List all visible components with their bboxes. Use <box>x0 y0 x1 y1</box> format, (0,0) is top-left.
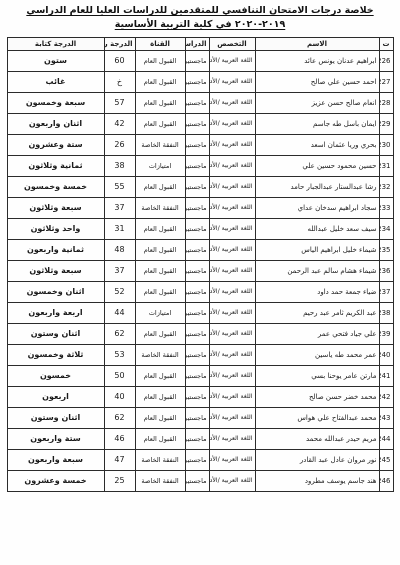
cell-degree: ماجستير <box>185 218 209 239</box>
cell-specialization: اللغة العربية /الأدب <box>209 176 255 197</box>
header-name: الاسم <box>255 37 379 50</box>
cell-score: 42 <box>104 113 135 134</box>
cell-channel: النفقة الخاصة <box>135 449 185 470</box>
cell-channel: القبول العام <box>135 50 185 71</box>
results-table-body: 226ابراهيم عدنان يونس عائداللغة العربية … <box>7 50 393 491</box>
cell-degree: ماجستير <box>185 428 209 449</box>
table-row: 235شيماء خليل ابراهيم الياساللغة العربية… <box>7 239 393 260</box>
cell-score_text: سبعة وخمسون <box>7 92 104 113</box>
cell-channel: النفقة الخاصة <box>135 134 185 155</box>
table-row: 242محمد خضر حسن صالحاللغة العربية /الأدب… <box>7 386 393 407</box>
cell-channel: القبول العام <box>135 113 185 134</box>
cell-no: 229 <box>379 113 393 134</box>
cell-name: حسين محمود حسين علي <box>255 155 379 176</box>
cell-score_text: ستون <box>7 50 104 71</box>
cell-score: 26 <box>104 134 135 155</box>
cell-degree: ماجستير <box>185 260 209 281</box>
cell-specialization: اللغة العربية /الأدب <box>209 260 255 281</box>
cell-score: 62 <box>104 407 135 428</box>
cell-name: نور مروان عادل عبد القادر <box>255 449 379 470</box>
cell-score_text: اثنان واربعون <box>7 113 104 134</box>
cell-specialization: اللغة العربية /الأدب <box>209 50 255 71</box>
cell-no: 238 <box>379 302 393 323</box>
cell-name: عبد الكريم ثامر عبد رحيم <box>255 302 379 323</box>
cell-channel: القبول العام <box>135 428 185 449</box>
cell-score_text: اربعون <box>7 386 104 407</box>
cell-score_text: ثلاثة وخمسون <box>7 344 104 365</box>
cell-no: 246 <box>379 470 393 491</box>
cell-name: بحري وريا عثمان اسعد <box>255 134 379 155</box>
cell-specialization: اللغة العربية /الأدب <box>209 155 255 176</box>
cell-score: 47 <box>104 449 135 470</box>
cell-no: 240 <box>379 344 393 365</box>
table-row: 244مريم حيدر عبدالله محمداللغة العربية /… <box>7 428 393 449</box>
table-row: 226ابراهيم عدنان يونس عائداللغة العربية … <box>7 50 393 71</box>
cell-degree: ماجستير <box>185 113 209 134</box>
document-page: خلاصة درجات الامتحان التنافسي للمتقدمين … <box>0 0 400 565</box>
cell-no: 242 <box>379 386 393 407</box>
cell-no: 244 <box>379 428 393 449</box>
header-specialization: التخصص <box>209 37 255 50</box>
cell-degree: ماجستير <box>185 176 209 197</box>
cell-no: 230 <box>379 134 393 155</box>
cell-score: 31 <box>104 218 135 239</box>
cell-score_text: اربعة واربعون <box>7 302 104 323</box>
cell-specialization: اللغة العربية /الأدب <box>209 92 255 113</box>
cell-degree: ماجستير <box>185 155 209 176</box>
cell-specialization: اللغة العربية /الأدب <box>209 281 255 302</box>
cell-name: هند جاسم يوسف مطرود <box>255 470 379 491</box>
cell-channel: القبول العام <box>135 92 185 113</box>
cell-name: ضياء جمعة حمد داود <box>255 281 379 302</box>
cell-score: خ <box>104 71 135 92</box>
cell-degree: ماجستير <box>185 134 209 155</box>
cell-degree: ماجستير <box>185 92 209 113</box>
cell-specialization: اللغة العربية /الأدب <box>209 386 255 407</box>
cell-specialization: اللغة العربية /الأدب <box>209 323 255 344</box>
table-row: 238عبد الكريم ثامر عبد رحيماللغة العربية… <box>7 302 393 323</box>
header-channel: القناة <box>135 37 185 50</box>
cell-specialization: اللغة العربية /الأدب <box>209 113 255 134</box>
cell-channel: القبول العام <box>135 176 185 197</box>
cell-specialization: اللغة العربية /الأدب <box>209 218 255 239</box>
cell-channel: القبول العام <box>135 365 185 386</box>
cell-channel: النفقة الخاصة <box>135 344 185 365</box>
table-row: 231حسين محمود حسين علياللغة العربية /الأ… <box>7 155 393 176</box>
cell-no: 236 <box>379 260 393 281</box>
cell-score: 48 <box>104 239 135 260</box>
cell-no: 228 <box>379 92 393 113</box>
cell-score_text: خمسة وعشرون <box>7 470 104 491</box>
cell-degree: ماجستير <box>185 344 209 365</box>
cell-degree: ماجستير <box>185 71 209 92</box>
cell-degree: ماجستير <box>185 323 209 344</box>
table-row: 236شيماء هشام سالم عبد الرحمناللغة العرب… <box>7 260 393 281</box>
cell-degree: ماجستير <box>185 449 209 470</box>
cell-degree: ماجستير <box>185 470 209 491</box>
table-row: 240عمر محمد طه ياسيناللغة العربية /الأدب… <box>7 344 393 365</box>
cell-degree: ماجستير <box>185 386 209 407</box>
cell-score: 52 <box>104 281 135 302</box>
cell-specialization: اللغة العربية /الأدب <box>209 134 255 155</box>
cell-no: 233 <box>379 197 393 218</box>
cell-name: مريم حيدر عبدالله محمد <box>255 428 379 449</box>
cell-name: شيماء هشام سالم عبد الرحمن <box>255 260 379 281</box>
table-row: 243محمد عبدالفتاح علي هواساللغة العربية … <box>7 407 393 428</box>
cell-channel: القبول العام <box>135 218 185 239</box>
cell-channel: امتيازات <box>135 155 185 176</box>
cell-no: 234 <box>379 218 393 239</box>
cell-no: 239 <box>379 323 393 344</box>
cell-specialization: اللغة العربية /الأدب <box>209 197 255 218</box>
cell-degree: ماجستير <box>185 239 209 260</box>
cell-name: محمد عبدالفتاح علي هواس <box>255 407 379 428</box>
cell-no: 235 <box>379 239 393 260</box>
cell-channel: القبول العام <box>135 407 185 428</box>
cell-no: 231 <box>379 155 393 176</box>
cell-channel: امتيازات <box>135 302 185 323</box>
cell-no: 227 <box>379 71 393 92</box>
header-no: ت <box>379 37 393 50</box>
table-row: 227احمد حسين علي صالحاللغة العربية /الأد… <box>7 71 393 92</box>
cell-no: 232 <box>379 176 393 197</box>
cell-score: 25 <box>104 470 135 491</box>
cell-no: 237 <box>379 281 393 302</box>
cell-score: 55 <box>104 176 135 197</box>
cell-channel: النفقة الخاصة <box>135 197 185 218</box>
cell-name: سجاد ابراهيم سدخان عداي <box>255 197 379 218</box>
table-row: 237ضياء جمعة حمد داوداللغة العربية /الأد… <box>7 281 393 302</box>
cell-specialization: اللغة العربية /الأدب <box>209 365 255 386</box>
cell-score_text: ثمانية واربعون <box>7 239 104 260</box>
cell-no: 243 <box>379 407 393 428</box>
cell-score: 53 <box>104 344 135 365</box>
table-row: 245نور مروان عادل عبد القادراللغة العربي… <box>7 449 393 470</box>
table-row: 229ايمان باسل طه جاسماللغة العربية /الأد… <box>7 113 393 134</box>
cell-specialization: اللغة العربية /الأدب <box>209 449 255 470</box>
cell-score: 62 <box>104 323 135 344</box>
cell-specialization: اللغة العربية /الأدب <box>209 71 255 92</box>
table-row: 234سيف سعد خليل عبداللهاللغة العربية /ال… <box>7 218 393 239</box>
cell-specialization: اللغة العربية /الأدب <box>209 239 255 260</box>
cell-name: ابراهيم عدنان يونس عائد <box>255 50 379 71</box>
cell-channel: النفقة الخاصة <box>135 470 185 491</box>
cell-score: 37 <box>104 197 135 218</box>
cell-score_text: اثنان وخمسون <box>7 281 104 302</box>
table-row: 246هند جاسم يوسف مطروداللغة العربية /الأ… <box>7 470 393 491</box>
cell-score_text: سبعة وثلاثون <box>7 197 104 218</box>
cell-channel: القبول العام <box>135 260 185 281</box>
cell-score_text: خمسة وخمسون <box>7 176 104 197</box>
cell-score_text: سبعة واربعون <box>7 449 104 470</box>
cell-degree: ماجستير <box>185 197 209 218</box>
results-table: ت الاسم التخصص الدراسة القناة الدرجة رقم… <box>7 37 394 492</box>
cell-name: سيف سعد خليل عبدالله <box>255 218 379 239</box>
table-row: 241مارتن عامر يوحنا بسياللغة العربية /ال… <box>7 365 393 386</box>
cell-score: 50 <box>104 365 135 386</box>
cell-degree: ماجستير <box>185 302 209 323</box>
cell-score: 44 <box>104 302 135 323</box>
cell-channel: القبول العام <box>135 323 185 344</box>
cell-specialization: اللغة العربية /الأدب <box>209 302 255 323</box>
table-row: 232رشا عبدالستار عبدالجبار حامداللغة الع… <box>7 176 393 197</box>
cell-degree: ماجستير <box>185 281 209 302</box>
cell-specialization: اللغة العربية /الأدب <box>209 470 255 491</box>
cell-degree: ماجستير <box>185 407 209 428</box>
cell-channel: القبول العام <box>135 386 185 407</box>
cell-name: احمد حسين علي صالح <box>255 71 379 92</box>
cell-name: رشا عبدالستار عبدالجبار حامد <box>255 176 379 197</box>
cell-degree: ماجستير <box>185 50 209 71</box>
cell-score: 46 <box>104 428 135 449</box>
cell-score: 40 <box>104 386 135 407</box>
table-row: 228انعام صالح حسن عزيزاللغة العربية /الأ… <box>7 92 393 113</box>
cell-name: محمد خضر حسن صالح <box>255 386 379 407</box>
cell-name: عمر محمد طه ياسين <box>255 344 379 365</box>
cell-channel: القبول العام <box>135 281 185 302</box>
cell-no: 245 <box>379 449 393 470</box>
cell-score_text: اثنان وستون <box>7 323 104 344</box>
cell-score_text: خمسون <box>7 365 104 386</box>
cell-score_text: غائب <box>7 71 104 92</box>
cell-score_text: اثنان وستون <box>7 407 104 428</box>
page-title: خلاصة درجات الامتحان التنافسي للمتقدمين … <box>0 4 400 33</box>
cell-score_text: ثمانية وثلاثون <box>7 155 104 176</box>
cell-score_text: واحد وثلاثون <box>7 218 104 239</box>
cell-score_text: ستة وعشرون <box>7 134 104 155</box>
table-row: 239علي جياد فتحي عمراللغة العربية /الأدب… <box>7 323 393 344</box>
cell-name: انعام صالح حسن عزيز <box>255 92 379 113</box>
cell-score: 38 <box>104 155 135 176</box>
cell-name: شيماء خليل ابراهيم الياس <box>255 239 379 260</box>
table-header-row: ت الاسم التخصص الدراسة القناة الدرجة رقم… <box>7 37 393 50</box>
header-degree: الدراسة <box>185 37 209 50</box>
cell-specialization: اللغة العربية /الأدب <box>209 344 255 365</box>
cell-no: 226 <box>379 50 393 71</box>
cell-score: 60 <box>104 50 135 71</box>
header-score: الدرجة رقما <box>104 37 135 50</box>
cell-name: ايمان باسل طه جاسم <box>255 113 379 134</box>
cell-score: 37 <box>104 260 135 281</box>
cell-score_text: سبعة وثلاثون <box>7 260 104 281</box>
cell-specialization: اللغة العربية /الأدب <box>209 407 255 428</box>
header-score-text: الدرجة كتابة <box>7 37 104 50</box>
cell-score: 57 <box>104 92 135 113</box>
cell-channel: القبول العام <box>135 239 185 260</box>
cell-specialization: اللغة العربية /الأدب <box>209 428 255 449</box>
cell-name: مارتن عامر يوحنا بسي <box>255 365 379 386</box>
table-header: ت الاسم التخصص الدراسة القناة الدرجة رقم… <box>7 37 393 50</box>
cell-name: علي جياد فتحي عمر <box>255 323 379 344</box>
cell-no: 241 <box>379 365 393 386</box>
cell-channel: القبول العام <box>135 71 185 92</box>
cell-degree: ماجستير <box>185 365 209 386</box>
table-row: 230بحري وريا عثمان اسعداللغة العربية /ال… <box>7 134 393 155</box>
cell-score_text: ستة واربعون <box>7 428 104 449</box>
table-row: 233سجاد ابراهيم سدخان عداياللغة العربية … <box>7 197 393 218</box>
